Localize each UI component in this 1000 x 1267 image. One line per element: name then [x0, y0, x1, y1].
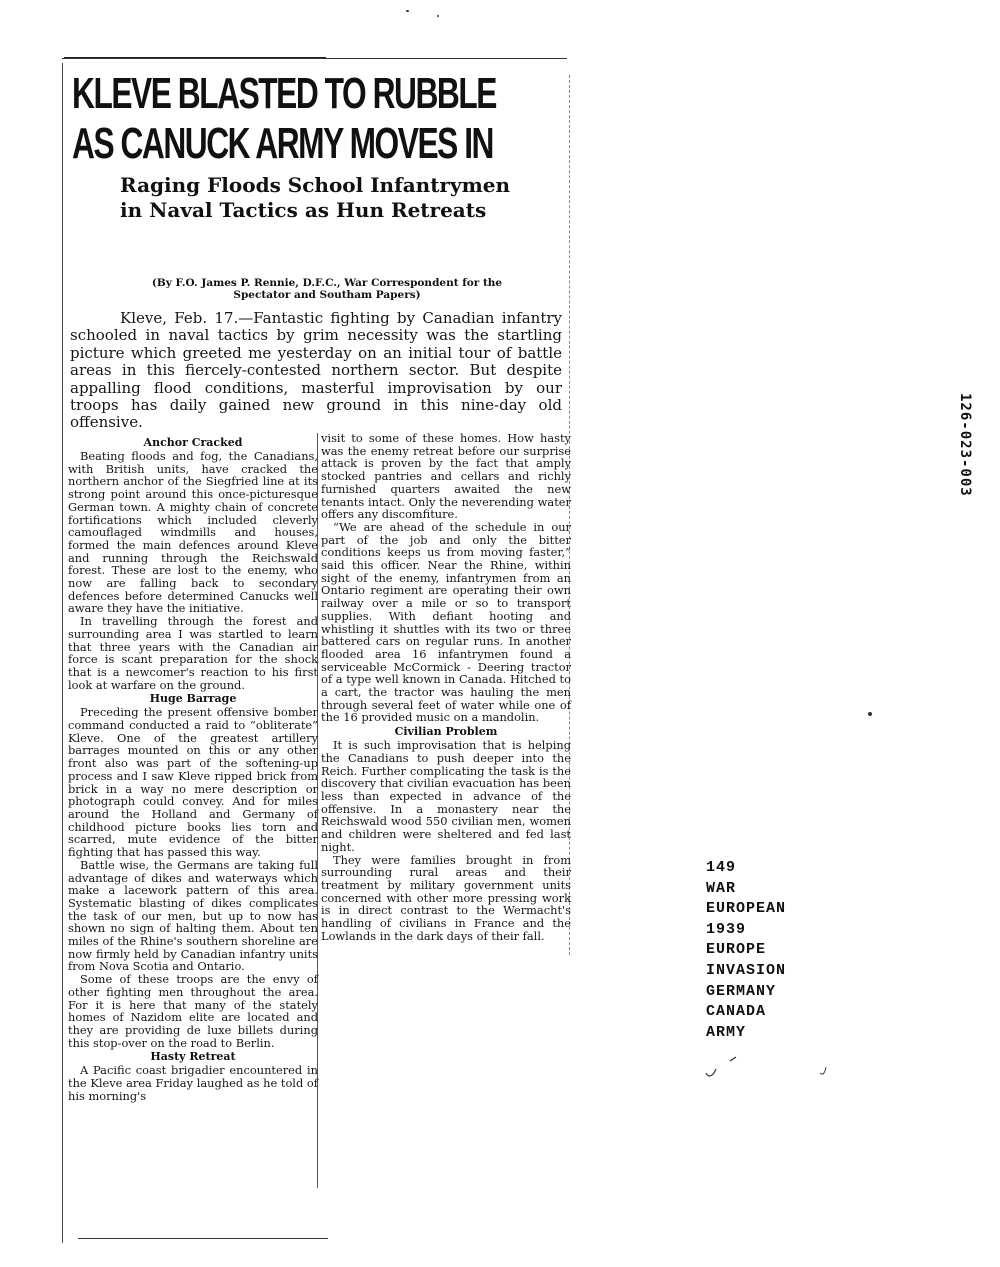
index-tag: 149: [706, 858, 786, 879]
headline-line-1: KLEVE BLASTED TO RUBBLE: [72, 69, 432, 119]
paragraph: Preceding the present offensive bomber c…: [68, 706, 318, 858]
paper-speck: [868, 712, 872, 716]
index-tag: CANADA: [706, 1002, 786, 1023]
bottom-rule: [78, 1238, 328, 1239]
newspaper-clipping: KLEVE BLASTED TO RUBBLE AS CANUCK ARMY M…: [62, 55, 572, 1250]
subheadline: Raging Floods School Infantrymen in Nava…: [120, 173, 570, 223]
continued-paragraph: visit to some of these homes. How hasty …: [321, 432, 571, 521]
index-tag: INVASION: [706, 961, 786, 982]
paragraph: They were families brought in from surro…: [321, 854, 571, 943]
subheadline-line-2: in Naval Tactics as Hun Retreats: [120, 198, 570, 223]
section-heading-hasty-retreat: Hasty Retreat: [68, 1050, 318, 1063]
subheadline-line-1: Raging Floods School Infantrymen: [120, 173, 570, 198]
right-column: visit to some of these homes. How hasty …: [321, 432, 571, 942]
index-tag: EUROPEAN: [706, 899, 786, 920]
paper-speck: [406, 10, 409, 12]
section-heading-civilian-problem: Civilian Problem: [321, 725, 571, 738]
pen-mark-scribble: [700, 1055, 840, 1085]
left-border-rule: [62, 63, 63, 1243]
archive-stamp-number: 126-023-003: [957, 393, 973, 503]
paragraph: “We are ahead of the schedule in our par…: [321, 521, 571, 724]
paragraph: Battle wise, the Germans are taking full…: [68, 859, 318, 973]
paragraph: It is such improvisation that is helping…: [321, 739, 571, 853]
index-tag: ARMY: [706, 1023, 786, 1044]
byline: (By F.O. James P. Rennie, D.F.C., War Co…: [122, 277, 532, 301]
top-rule-long: [62, 58, 567, 59]
paragraph: Beating floods and fog, the Canadians, w…: [68, 450, 318, 615]
lede-text: Kleve, Feb. 17.—Fantastic fighting by Ca…: [70, 310, 562, 432]
paragraph: A Pacific coast brigadier encountered in…: [68, 1064, 318, 1102]
headline-line-2: AS CANUCK ARMY MOVES IN: [72, 119, 432, 169]
section-heading-anchor-cracked: Anchor Cracked: [68, 436, 318, 449]
index-tag: GERMANY: [706, 982, 786, 1003]
paragraph: Some of these troops are the envy of oth…: [68, 973, 318, 1049]
left-column: Anchor Cracked Beating floods and fog, t…: [68, 435, 318, 1102]
headline: KLEVE BLASTED TO RUBBLE AS CANUCK ARMY M…: [72, 69, 432, 169]
paragraph: In travelling through the forest and sur…: [68, 615, 318, 691]
index-tag: WAR: [706, 879, 786, 900]
index-tag: 1939: [706, 920, 786, 941]
section-heading-huge-barrage: Huge Barrage: [68, 692, 318, 705]
paper-speck: [437, 15, 439, 17]
index-tag: EUROPE: [706, 940, 786, 961]
lede-paragraph: Kleve, Feb. 17.—Fantastic fighting by Ca…: [70, 310, 562, 432]
index-tags: 149 WAR EUROPEAN 1939 EUROPE INVASION GE…: [706, 858, 786, 1043]
